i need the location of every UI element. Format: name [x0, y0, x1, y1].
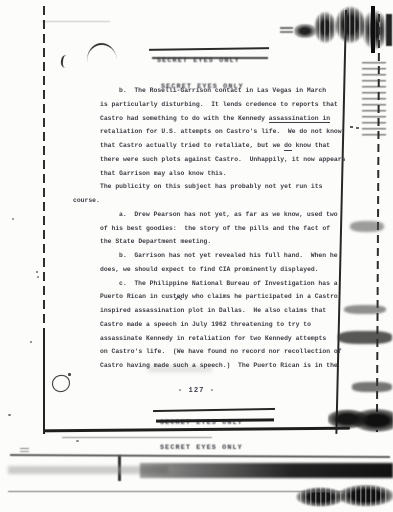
- document-line: does, we should expect to find CIA promi…: [100, 263, 360, 277]
- document-text: b. The Roselli-Garrison contact in Las V…: [100, 84, 360, 373]
- document-line: Castro had something to do with the Kenn…: [100, 112, 360, 126]
- document-line: The publicity on this subject has probab…: [100, 180, 360, 194]
- scan-artifact-speck: [30, 341, 32, 343]
- scan-artifact-right-corner: [386, 14, 392, 46]
- scan-artifact-dot: [68, 373, 71, 376]
- scan-artifact-bottom-streak: [8, 491, 348, 492]
- page-number: - 127 -: [0, 387, 393, 395]
- scan-artifact-speck: [12, 218, 14, 220]
- scan-artifact-speck: [8, 414, 11, 416]
- document-line: on Castro's life. (We have found no reco…: [100, 345, 360, 359]
- scan-artifact-equals-mark: [20, 448, 29, 449]
- document-line: that Castro actually tried to retaliate,…: [100, 139, 360, 153]
- document-line: Castro made a speech in July 1962 threat…: [100, 318, 360, 332]
- scan-artifact-top-right-bar: [371, 6, 375, 53]
- document-line: b. Garrison has not yet revealed his ful…: [100, 249, 360, 263]
- handwritten-arc-mark: [85, 41, 117, 63]
- document-line: Puerto Rican in custody who claims he pa…: [100, 290, 360, 304]
- document-line: that Garrison may also know this.: [100, 167, 360, 181]
- classification-stamp-bottom: SECRET EYES ONLY SECRET EYES ONLY: [160, 403, 243, 468]
- document-line: Castro having made such a speech.) The P…: [100, 359, 360, 373]
- strikethrough-line: [156, 418, 274, 422]
- document-line: course.: [73, 194, 360, 208]
- document-line: the State Department meeting.: [100, 235, 360, 249]
- scan-artifact-speck: [36, 271, 38, 273]
- scan-artifact-left-edge-solid: [43, 328, 45, 434]
- scan-artifact-left-edge-dashed: [43, 6, 45, 330]
- scan-artifact-top-right-smudge: [294, 24, 316, 38]
- scan-artifact-right-texture: [362, 62, 386, 140]
- document-line: a. Drew Pearson has not yet, as far as w…: [100, 208, 360, 222]
- document-line: b. The Roselli-Garrison contact in Las V…: [100, 84, 360, 98]
- scan-artifact-top-right-texture: [314, 6, 386, 54]
- handwritten-paren-mark: [60, 55, 71, 69]
- scan-artifact-faint-line: [42, 21, 110, 22]
- document-line: is particularly disturbing. It lends cre…: [100, 98, 360, 112]
- scan-artifact-speck: [76, 440, 79, 442]
- scan-artifact-bottom-clump-texture: [300, 486, 390, 508]
- document-line: inspired assassination plot in Dallas. H…: [100, 304, 360, 318]
- document-line: retaliation for U.S. attempts on Castro'…: [100, 125, 360, 139]
- document-line: there were such plots against Castro. Un…: [100, 153, 360, 167]
- document-page: SECRET EYES ONLY SECRET EYES ONLY b. The…: [0, 0, 393, 512]
- document-line: assassinate Kennedy in retaliation for t…: [100, 332, 360, 346]
- scan-artifact-equals-mark: [280, 27, 293, 29]
- document-line: of his best goodies: the story of the pi…: [100, 222, 360, 236]
- document-line: c. The Philippine National Bureau of Inv…: [100, 277, 360, 291]
- stamp-text: SECRET EYES ONLY: [160, 444, 243, 453]
- strikethrough-line: [152, 57, 268, 59]
